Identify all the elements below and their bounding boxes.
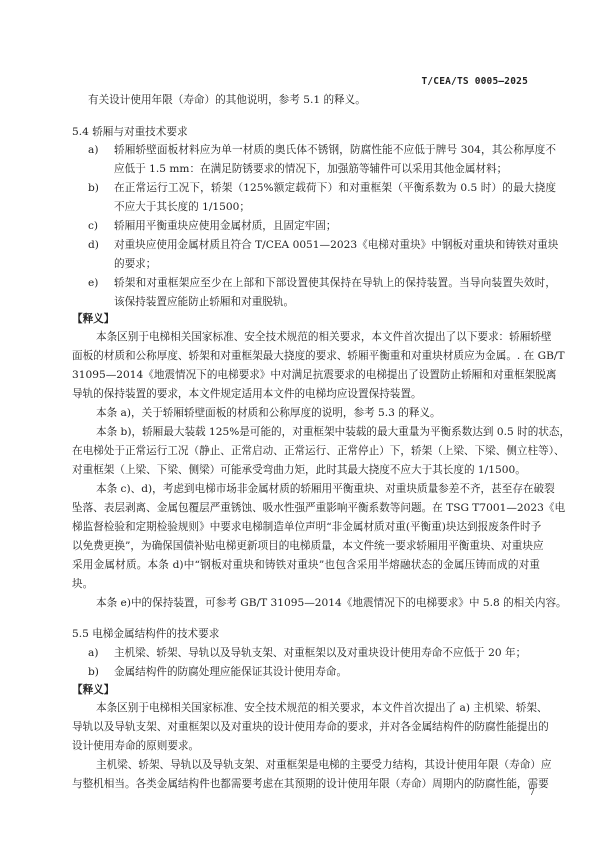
item-text: 的要求； bbox=[114, 258, 156, 271]
note-line: 设计使用寿命的原则要求。 bbox=[72, 740, 199, 753]
note-label: 【释义】 bbox=[72, 684, 114, 697]
item-label: d) bbox=[88, 239, 99, 252]
item-text: 不应大于其长度的 1/1500； bbox=[114, 201, 250, 214]
item-label: e) bbox=[88, 277, 98, 290]
item-text: 主机梁、轿架、导轨以及导轨支架、对重框架以及对重块设计使用寿命不应低于 20 年… bbox=[114, 647, 526, 660]
item-label: b) bbox=[88, 666, 99, 679]
note-line: 坠落、表层剥离、金属包覆层严重锈蚀、吸水性强严重影响平衡系数等问题。在 TSG … bbox=[72, 502, 540, 515]
item-label: b) bbox=[88, 182, 99, 195]
note-line: 导轨的保持装置的要求，本文件规定适用本文件的电梯均应设置保持装置。 bbox=[72, 388, 422, 401]
note-line: 本条区别于电梯相关国家标准、安全技术规范的相关要求，本文件首次提出了 a) 主机… bbox=[96, 702, 540, 715]
item-label: c) bbox=[88, 220, 98, 233]
note-line: 面板的材质和公称厚度、轿架和对重框架最大挠度的要求、轿厢平衡重和对重块材质应为金… bbox=[72, 350, 540, 363]
note-line: 主机梁、轿架、导轨以及导轨支架、对重框架是电梯的主要受力结构，其设计使用年限（寿… bbox=[96, 759, 540, 772]
item-text: 轿架和对重框架应至少在上部和下部设置使其保持在导轨上的保持装置。当导向装置失效时… bbox=[114, 277, 556, 290]
page-number: 7 bbox=[529, 787, 535, 798]
note-line: 以免费更换”，为确保国债补贴电梯更新项目的电梯质量，本文件统一要求轿厢用平衡重块… bbox=[72, 540, 540, 553]
note-line: 与整机相当。各类金属结构件也都需要考虑在其预期的设计使用年限（寿命）周期内的防腐… bbox=[72, 778, 540, 791]
item-label: a) bbox=[88, 144, 98, 157]
section-5-5-title: 5.5 电梯金属结构件的技术要求 bbox=[72, 628, 219, 641]
note-line: 导轨以及导轨支架、对重框架以及对重块的设计使用寿命的要求，并对各金属结构件的防腐… bbox=[72, 721, 540, 734]
note-line: 对重框架（上梁、下梁、侧梁）可能承受弯曲力矩，此时其最大挠度不应大于其长度的 1… bbox=[72, 464, 526, 477]
note-line: 31095—2014《地震情况下的电梯要求》中对满足抗震要求的电梯提出了设置防止… bbox=[72, 369, 540, 382]
note-line: 本条 c)、d)，考虑到电梯市场非金属材质的轿厢用平衡重块、对重块质量参差不齐，… bbox=[96, 483, 540, 496]
note-line: 在电梯处于正常运行工况（静止、正常启动、正常运行、正常停止）下，轿架（上梁、下梁… bbox=[72, 445, 540, 458]
note-line: 本条 e)中的保持装置，可参考 GB/T 31095—2014《地震情况下的电梯… bbox=[96, 597, 567, 610]
note-line: 块。 bbox=[72, 578, 93, 591]
note-line: 本条 b)，轿厢最大装载 125%是可能的，对重框架中装载的最大重量为平衡系数达… bbox=[96, 426, 540, 439]
document-code: T/CEA/TS 0005—2025 bbox=[421, 76, 528, 87]
section-5-4-title: 5.4 轿厢与对重技术要求 bbox=[72, 126, 188, 139]
item-text: 金属结构件的防腐处理应能保证其设计使用寿命。 bbox=[114, 666, 347, 679]
item-text: 轿厢轿壁面板材料应为单一材质的奥氏体不锈钢，防腐性能不应低于牌号 304，其公称… bbox=[114, 144, 556, 157]
note-label: 【释义】 bbox=[72, 313, 114, 326]
item-text: 在正常运行工况下，轿架（125%额定载荷下）和对重框架（平衡系数为 0.5 时）… bbox=[114, 182, 556, 195]
note-line: 梯监督检验和定期检验规则》中要求电梯制造单位声明“非金属材质对重(平衡重)块达到… bbox=[72, 521, 540, 534]
note-line: 本条区别于电梯相关国家标准、安全技术规范的相关要求，本文件首次提出了以下要求：轿… bbox=[96, 331, 540, 344]
note-line: 采用金属材质。本条 d)中“钢板对重块和铸铁对重块”也包含采用半熔融状态的金属压… bbox=[72, 559, 540, 572]
note-line: 本条 a)，关于轿厢轿壁面板的材质和公称厚度的说明，参考 5.3 的释义。 bbox=[96, 407, 441, 420]
intro-line: 有关设计使用年限（寿命）的其他说明，参考 5.1 的释义。 bbox=[88, 94, 366, 107]
item-label: a) bbox=[88, 647, 98, 660]
item-text: 对重块应使用金属材质且符合 T/CEA 0051—2023《电梯对重块》中钢板对… bbox=[114, 239, 556, 252]
item-text: 该保持装置应能防止轿厢和对重脱轨。 bbox=[114, 296, 294, 309]
item-text: 轿厢用平衡重块应使用金属材质，且固定牢固； bbox=[114, 220, 336, 233]
item-text: 应低于 1.5 mm：在满足防锈要求的情况下，加强筋等辅件可以采用其他金属材料； bbox=[114, 163, 507, 176]
